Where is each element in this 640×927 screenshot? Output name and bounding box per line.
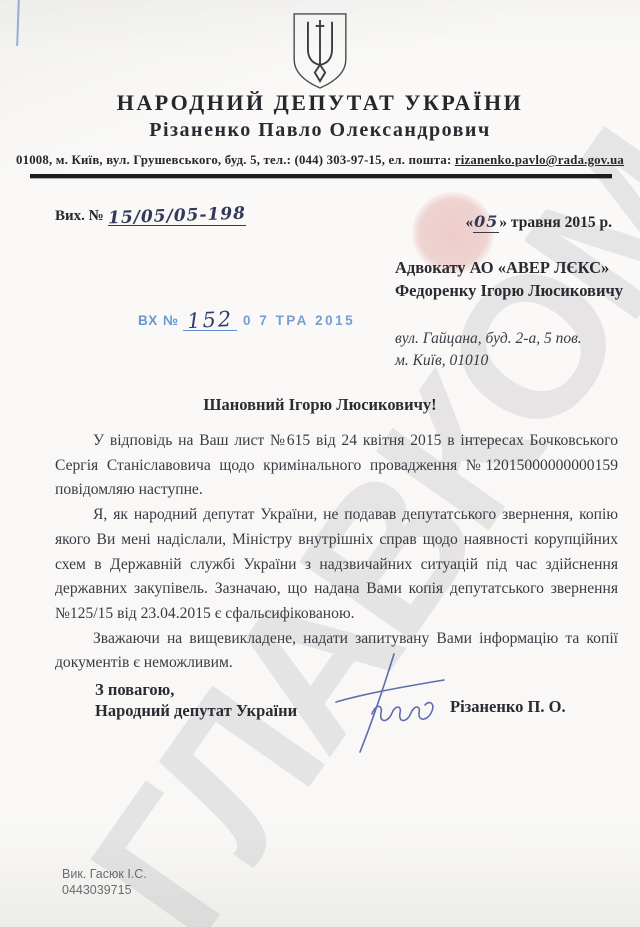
stamp-label: ВХ № bbox=[138, 313, 179, 328]
signoff-regards: З повагою, bbox=[95, 679, 297, 700]
signoff-position: Народний депутат України bbox=[95, 700, 297, 721]
scanned-letter-page: ГЛАВКОМ НАРОДНИЙ ДЕПУТАТ УКРАЇНИ Різанен… bbox=[0, 0, 640, 927]
outgoing-ref-number-handwritten: 15/05/05-198 bbox=[107, 204, 246, 229]
letter-body: У відповідь на Ваш лист №615 від 24 квіт… bbox=[55, 429, 618, 676]
letterhead-contact-line: 01008, м. Київ, вул. Грушевського, буд. … bbox=[0, 153, 640, 168]
handwritten-signature bbox=[330, 648, 455, 758]
body-paragraph-2: Я, як народний депутат України, не подав… bbox=[55, 503, 618, 627]
signatory-name: Різаненко П. О. bbox=[450, 697, 566, 717]
executor-block: Вик. Гасюк І.С. 0443039715 bbox=[62, 866, 147, 898]
body-paragraph-1: У відповідь на Ваш лист №615 від 24 квіт… bbox=[55, 429, 618, 503]
date-day-handwritten: 05 bbox=[474, 212, 498, 231]
outgoing-ref-fill-line: 15/05/05-198 bbox=[108, 205, 246, 226]
contact-email: rizanenko.pavlo@rada.gov.ua bbox=[455, 153, 624, 167]
stamp-number-handwritten: 152 bbox=[187, 307, 234, 333]
outgoing-ref-label: Вих. № bbox=[55, 208, 104, 224]
letter-date: «05» травня 2015 р. bbox=[466, 212, 612, 233]
scan-edge-artifact bbox=[16, 0, 20, 46]
stamp-number-line: 152 bbox=[183, 306, 237, 331]
signoff-block: З повагою, Народний депутат України bbox=[95, 679, 297, 721]
date-open-quote: « bbox=[466, 214, 474, 231]
outgoing-ref: Вих. №15/05/05-198 bbox=[55, 205, 246, 226]
contact-text: 01008, м. Київ, вул. Грушевського, буд. … bbox=[16, 153, 455, 167]
stamp-date: 0 7 ТРА 2015 bbox=[243, 313, 355, 328]
letterhead-deputy-name: Різаненко Павло Олександрович bbox=[0, 119, 640, 142]
recipient-gap bbox=[395, 303, 625, 327]
executor-name: Вик. Гасюк І.С. bbox=[62, 866, 147, 882]
recipient-address-street: вул. Гайцана, буд. 2-а, 5 пов. bbox=[395, 329, 625, 348]
recipient-line1: Адвокату АО «АВЕР ЛЄКС» bbox=[395, 258, 625, 279]
recipient-address-city: м. Київ, 01010 bbox=[395, 351, 625, 370]
recipient-block: Адвокату АО «АВЕР ЛЄКС» Федоренку Ігорю … bbox=[395, 258, 625, 370]
salutation: Шановний Ігорю Люсиковичу! bbox=[0, 395, 640, 415]
letterhead-divider-rule bbox=[30, 174, 612, 178]
date-fill-line: 05 bbox=[473, 212, 499, 233]
letterhead-title: НАРОДНИЙ ДЕПУТАТ УКРАЇНИ bbox=[0, 90, 640, 116]
incoming-registration-stamp: ВХ №1520 7 ТРА 2015 bbox=[138, 306, 355, 331]
recipient-line2: Федоренку Ігорю Люсиковичу bbox=[395, 281, 625, 302]
date-month-year: » травня 2015 р. bbox=[499, 214, 612, 231]
ukraine-trident-emblem bbox=[289, 11, 351, 91]
executor-phone: 0443039715 bbox=[62, 882, 147, 898]
